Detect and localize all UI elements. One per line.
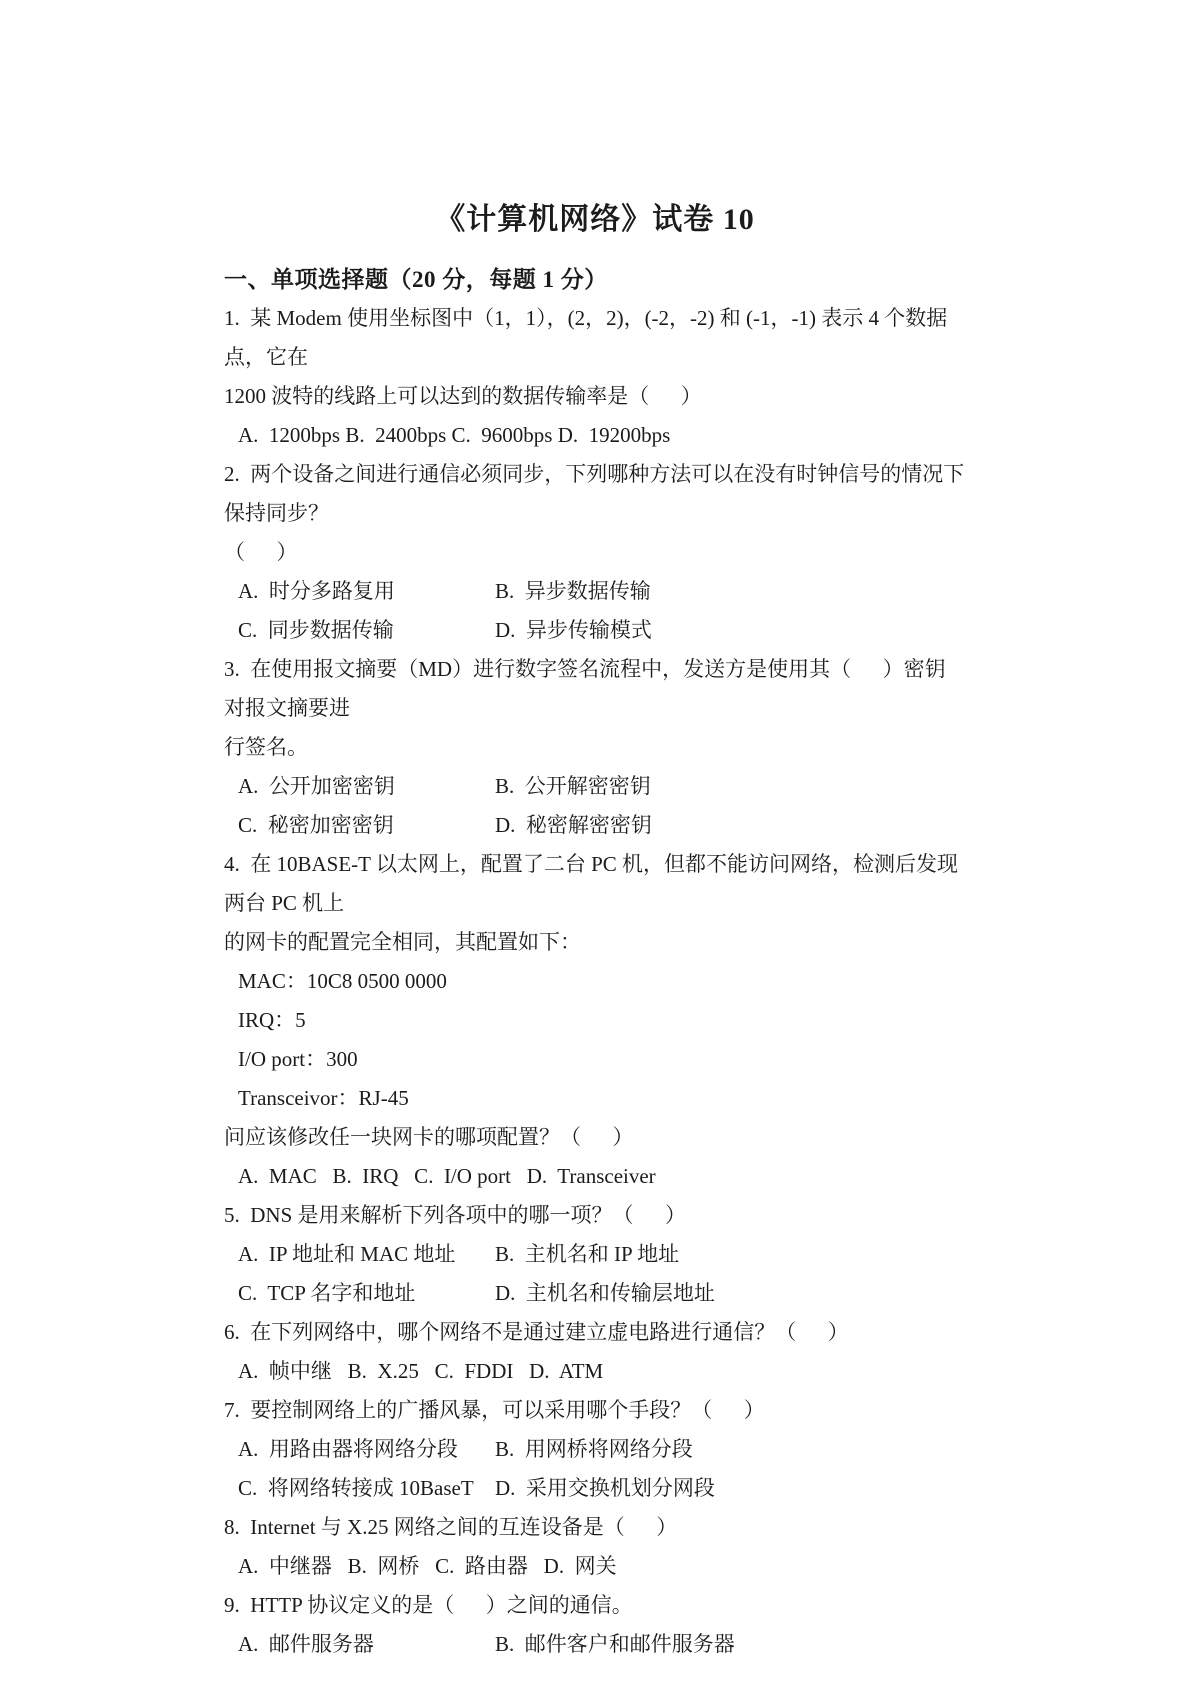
option-line: C. TCP 名字和地址D. 主机名和传输层地址 [224, 1274, 966, 1313]
option-line: C. 将网络转接成 10BaseTD. 采用交换机划分网段 [224, 1469, 966, 1508]
question-stem-line: 5. DNS 是用来解析下列各项中的哪一项？（ ） [224, 1196, 966, 1235]
question-stem-line: 问应该修改任一块网卡的哪项配置？（ ） [224, 1118, 966, 1157]
question-stem-line: 9. HTTP 协议定义的是（ ）之间的通信。 [224, 1586, 966, 1625]
question-stem-line: 6. 在下列网络中，哪个网络不是通过建立虚电路进行通信？（ ） [224, 1313, 966, 1352]
option-line: A. 时分多路复用B. 异步数据传输 [224, 572, 966, 611]
option-col-a: A. 邮件服务器 [238, 1625, 495, 1664]
option-col-a: A. IP 地址和 MAC 地址 [238, 1235, 495, 1274]
question-stem-line: 7. 要控制网络上的广播风暴，可以采用哪个手段？（ ） [224, 1391, 966, 1430]
answer-blank-line: （ ） [224, 533, 966, 572]
page-title: 《计算机网络》试卷 10 [224, 200, 966, 240]
option-line: A. 公开加密密钥B. 公开解密密钥 [224, 767, 966, 806]
config-line: MAC：10C8 0500 0000 [224, 962, 966, 1001]
question-stem-line: 1200 波特的线路上可以达到的数据传输率是（ ） [224, 377, 966, 416]
option-col-b: D. 秘密解密密钥 [495, 813, 652, 837]
option-line: A. IP 地址和 MAC 地址B. 主机名和 IP 地址 [224, 1235, 966, 1274]
question-list: 1. 某 Modem 使用坐标图中（1，1），(2，2)，(-2，-2) 和 (… [224, 299, 966, 1664]
question-stem-line: 3. 在使用报文摘要（MD）进行数字签名流程中，发送方是使用其（ ）密钥对报文摘… [224, 650, 966, 728]
option-line: A. MAC B. IRQ C. I/O port D. Transceiver [224, 1157, 966, 1196]
question-stem-line: 的网卡的配置完全相同，其配置如下： [224, 923, 966, 962]
question-stem-line: 行签名。 [224, 728, 966, 767]
option-col-a: C. 将网络转接成 10BaseT [238, 1469, 495, 1508]
option-col-a: A. 时分多路复用 [238, 572, 495, 611]
option-line: C. 秘密加密密钥D. 秘密解密密钥 [224, 806, 966, 845]
option-line: A. 邮件服务器B. 邮件客户和邮件服务器 [224, 1625, 966, 1664]
option-line: A. 用路由器将网络分段B. 用网桥将网络分段 [224, 1430, 966, 1469]
config-line: I/O port：300 [224, 1040, 966, 1079]
config-line: Transceivor：RJ-45 [224, 1079, 966, 1118]
option-col-b: B. 邮件客户和邮件服务器 [495, 1632, 735, 1656]
option-col-b: D. 采用交换机划分网段 [495, 1476, 715, 1500]
option-col-a: A. 用路由器将网络分段 [238, 1430, 495, 1469]
option-col-a: C. 秘密加密密钥 [238, 806, 495, 845]
config-line: IRQ：5 [224, 1001, 966, 1040]
option-col-a: C. TCP 名字和地址 [238, 1274, 495, 1313]
option-col-b: B. 用网桥将网络分段 [495, 1437, 693, 1461]
exam-content: 《计算机网络》试卷 10 一、单项选择题（20 分，每题 1 分） 1. 某 M… [0, 0, 1190, 1664]
option-line: C. 同步数据传输D. 异步传输模式 [224, 611, 966, 650]
option-col-b: D. 主机名和传输层地址 [495, 1281, 715, 1305]
option-col-b: B. 主机名和 IP 地址 [495, 1242, 679, 1266]
option-col-a: C. 同步数据传输 [238, 611, 495, 650]
question-stem-line: 1. 某 Modem 使用坐标图中（1，1），(2，2)，(-2，-2) 和 (… [224, 299, 966, 377]
option-col-b: D. 异步传输模式 [495, 618, 652, 642]
question-stem-line: 4. 在 10BASE-T 以太网上，配置了二台 PC 机，但都不能访问网络，检… [224, 845, 966, 923]
option-line: A. 中继器 B. 网桥 C. 路由器 D. 网关 [224, 1547, 966, 1586]
option-col-b: B. 公开解密密钥 [495, 774, 651, 798]
exam-page: 《计算机网络》试卷 10 一、单项选择题（20 分，每题 1 分） 1. 某 M… [0, 0, 1190, 1683]
option-line: A. 帧中继 B. X.25 C. FDDI D. ATM [224, 1352, 966, 1391]
question-stem-line: 8. Internet 与 X.25 网络之间的互连设备是（ ） [224, 1508, 966, 1547]
question-stem-line: 2. 两个设备之间进行通信必须同步，下列哪种方法可以在没有时钟信号的情况下保持同… [224, 455, 966, 533]
section-header: 一、单项选择题（20 分，每题 1 分） [224, 260, 966, 299]
option-col-b: B. 异步数据传输 [495, 579, 651, 603]
option-col-a: A. 公开加密密钥 [238, 767, 495, 806]
option-line: A. 1200bps B. 2400bps C. 9600bps D. 1920… [224, 416, 966, 455]
